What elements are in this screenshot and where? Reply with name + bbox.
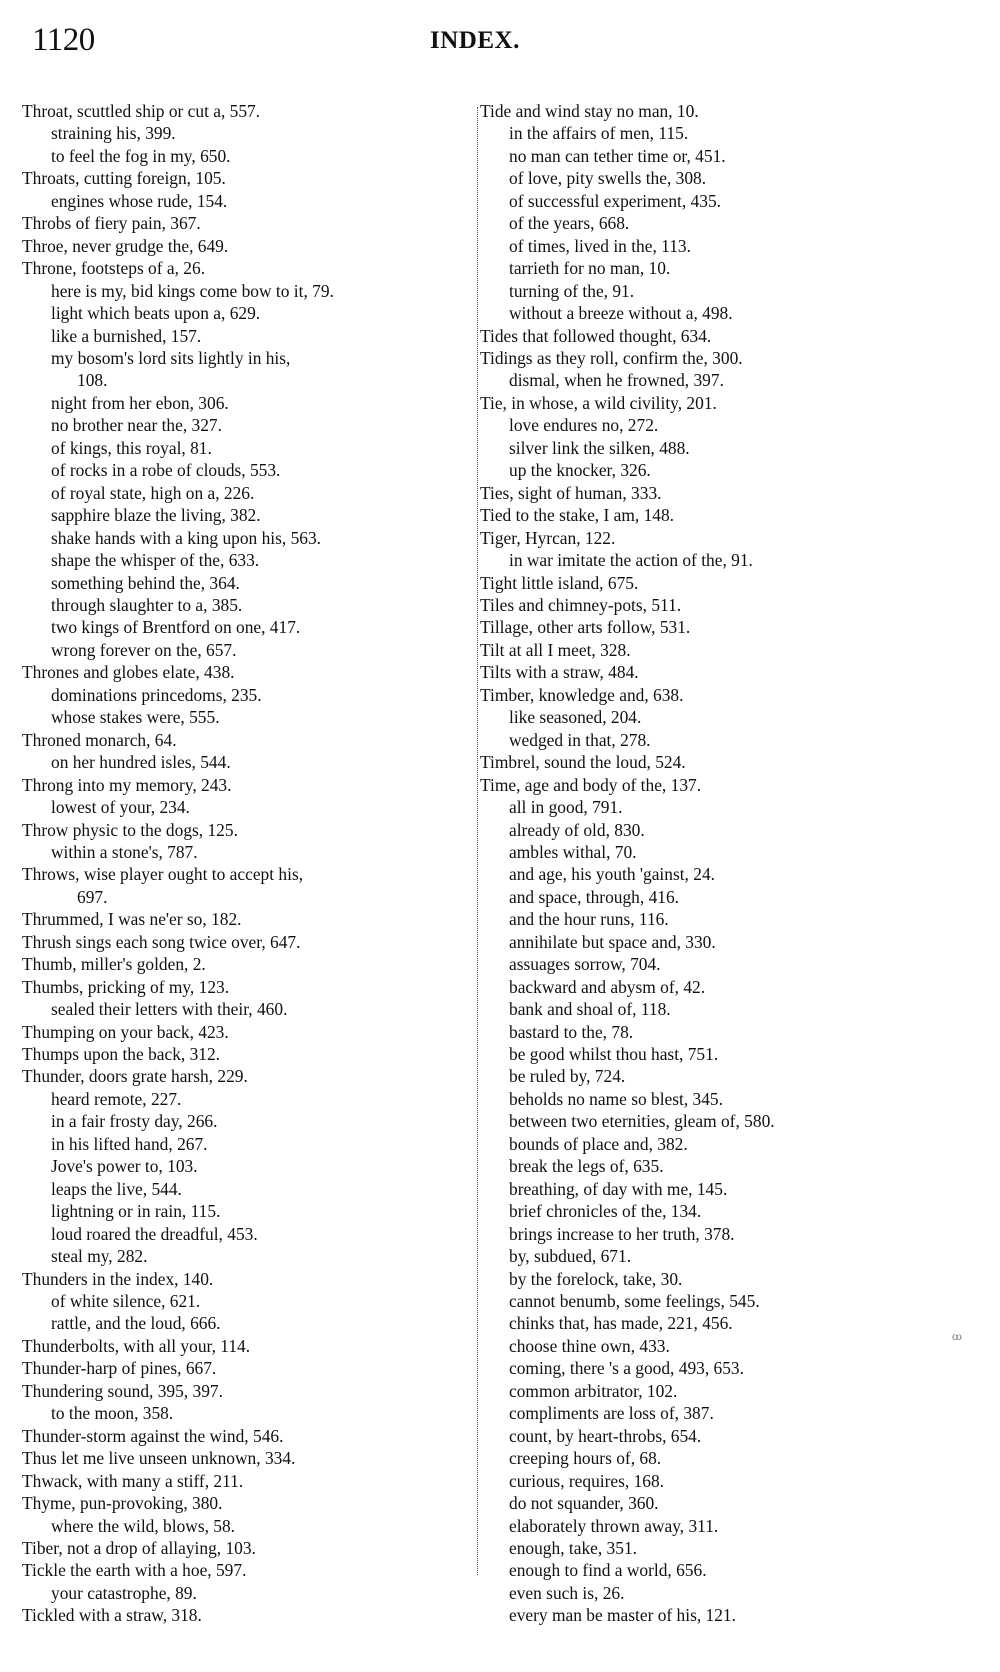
index-subentry: all in good, 791. (480, 796, 960, 818)
index-subentry: beholds no name so blest, 345. (480, 1088, 960, 1110)
index-entry: Throe, never grudge the, 649. (22, 235, 472, 257)
index-entry: Tiles and chimney-pots, 511. (480, 594, 960, 616)
index-subentry: enough, take, 351. (480, 1537, 960, 1559)
index-subentry: break the legs of, 635. (480, 1155, 960, 1177)
index-subentry: coming, there 's a good, 493, 653. (480, 1357, 960, 1379)
index-subentry: of times, lived in the, 113. (480, 235, 960, 257)
index-subentry: be good whilst thou hast, 751. (480, 1043, 960, 1065)
index-entry: Thrones and globes elate, 438. (22, 661, 472, 683)
index-entry: Thunders in the index, 140. (22, 1268, 472, 1290)
index-subentry: of successful experiment, 435. (480, 190, 960, 212)
index-entry: Thumbs, pricking of my, 123. (22, 976, 472, 998)
index-entry: Thwack, with many a stiff, 211. (22, 1470, 472, 1492)
index-entry: Tickled with a straw, 318. (22, 1604, 472, 1626)
index-entry: Thundering sound, 395, 397. (22, 1380, 472, 1402)
index-subentry: by, subdued, 671. (480, 1245, 960, 1267)
index-entry: Throat, scuttled ship or cut a, 557. (22, 100, 472, 122)
index-subentry: up the knocker, 326. (480, 459, 960, 481)
index-entry: Throats, cutting foreign, 105. (22, 167, 472, 189)
index-subentry: between two eternities, gleam of, 580. (480, 1110, 960, 1132)
index-subentry: no brother near the, 327. (22, 414, 472, 436)
index-subentry: compliments are loss of, 387. (480, 1402, 960, 1424)
index-subentry: in his lifted hand, 267. (22, 1133, 472, 1155)
index-entry: Tight little island, 675. (480, 572, 960, 594)
index-subentry: creeping hours of, 68. (480, 1447, 960, 1469)
index-subentry: sealed their letters with their, 460. (22, 998, 472, 1020)
index-subentry: already of old, 830. (480, 819, 960, 841)
index-subentry: sapphire blaze the living, 382. (22, 504, 472, 526)
index-subentry: ambles withal, 70. (480, 841, 960, 863)
index-entry: Thumb, miller's golden, 2. (22, 953, 472, 975)
index-subentry: silver link the silken, 488. (480, 437, 960, 459)
index-subentry: in war imitate the action of the, 91. (480, 549, 960, 571)
index-subentry: even such is, 26. (480, 1582, 960, 1604)
index-subentry: heard remote, 227. (22, 1088, 472, 1110)
index-subentry: rattle, and the loud, 666. (22, 1312, 472, 1334)
index-subentry: count, by heart-throbs, 654. (480, 1425, 960, 1447)
index-subentry: leaps the live, 544. (22, 1178, 472, 1200)
index-subentry: by the forelock, take, 30. (480, 1268, 960, 1290)
index-subentry: light which beats upon a, 629. (22, 302, 472, 324)
index-entry: Tilts with a straw, 484. (480, 661, 960, 683)
index-subentry: wedged in that, 278. (480, 729, 960, 751)
index-entry: Tidings as they roll, confirm the, 300. (480, 347, 960, 369)
index-subentry: of the years, 668. (480, 212, 960, 234)
index-subentry: curious, requires, 168. (480, 1470, 960, 1492)
column-divider (477, 107, 478, 1575)
index-entry: Tilt at all I meet, 328. (480, 639, 960, 661)
index-column-left: Throat, scuttled ship or cut a, 557.stra… (22, 100, 472, 1627)
index-subentry: cannot benumb, some feelings, 545. (480, 1290, 960, 1312)
index-subentry: two kings of Brentford on one, 417. (22, 616, 472, 638)
index-entry: Thumping on your back, 423. (22, 1021, 472, 1043)
index-subentry: of love, pity swells the, 308. (480, 167, 960, 189)
index-subentry: brings increase to her truth, 378. (480, 1223, 960, 1245)
index-entry: Thunderbolts, with all your, 114. (22, 1335, 472, 1357)
index-subentry: without a breeze without a, 498. (480, 302, 960, 324)
index-subentry: lightning or in rain, 115. (22, 1200, 472, 1222)
index-subentry: dominations princedoms, 235. (22, 684, 472, 706)
index-subentry: chinks that, has made, 221, 456. (480, 1312, 960, 1334)
index-subentry: shape the whisper of the, 633. (22, 549, 472, 571)
index-subentry: tarrieth for no man, 10. (480, 257, 960, 279)
index-entry: Tie, in whose, a wild civility, 201. (480, 392, 960, 414)
index-subentry: bank and shoal of, 118. (480, 998, 960, 1020)
index-continuation: 108. (22, 369, 472, 391)
index-subentry: lowest of your, 234. (22, 796, 472, 818)
index-entry: Tide and wind stay no man, 10. (480, 100, 960, 122)
index-entry: Throng into my memory, 243. (22, 774, 472, 796)
index-subentry: within a stone's, 787. (22, 841, 472, 863)
index-subentry: no man can tether time or, 451. (480, 145, 960, 167)
index-entry: Tickle the earth with a hoe, 597. (22, 1559, 472, 1581)
index-entry: Throbs of fiery pain, 367. (22, 212, 472, 234)
index-subentry: loud roared the dreadful, 453. (22, 1223, 472, 1245)
index-entry: Timbrel, sound the loud, 524. (480, 751, 960, 773)
index-subentry: shake hands with a king upon his, 563. (22, 527, 472, 549)
index-subentry: and age, his youth 'gainst, 24. (480, 863, 960, 885)
index-subentry: where the wild, blows, 58. (22, 1515, 472, 1537)
index-subentry: assuages sorrow, 704. (480, 953, 960, 975)
index-entry: Thumps upon the back, 312. (22, 1043, 472, 1065)
index-entry: Throws, wise player ought to accept his, (22, 863, 472, 885)
index-subentry: in a fair frosty day, 266. (22, 1110, 472, 1132)
index-subentry: enough to find a world, 656. (480, 1559, 960, 1581)
index-entry: Throw physic to the dogs, 125. (22, 819, 472, 841)
index-subentry: elaborately thrown away, 311. (480, 1515, 960, 1537)
index-subentry: and the hour runs, 116. (480, 908, 960, 930)
index-subentry: do not squander, 360. (480, 1492, 960, 1514)
index-subentry: through slaughter to a, 385. (22, 594, 472, 616)
index-entry: Thus let me live unseen unknown, 334. (22, 1447, 472, 1469)
index-subentry: of rocks in a robe of clouds, 553. (22, 459, 472, 481)
index-subentry: on her hundred isles, 544. (22, 751, 472, 773)
index-subentry: straining his, 399. (22, 122, 472, 144)
index-subentry: my bosom's lord sits lightly in his, (22, 347, 472, 369)
index-entry: Tillage, other arts follow, 531. (480, 616, 960, 638)
index-subentry: to feel the fog in my, 650. (22, 145, 472, 167)
index-subentry: dismal, when he frowned, 397. (480, 369, 960, 391)
index-entry: Thunder-storm against the wind, 546. (22, 1425, 472, 1447)
index-subentry: bastard to the, 78. (480, 1021, 960, 1043)
index-subentry: common arbitrator, 102. (480, 1380, 960, 1402)
index-subentry: brief chronicles of the, 134. (480, 1200, 960, 1222)
index-subentry: here is my, bid kings come bow to it, 79… (22, 280, 472, 302)
index-subentry: bounds of place and, 382. (480, 1133, 960, 1155)
page-title: INDEX. (430, 27, 520, 55)
index-subentry: and space, through, 416. (480, 886, 960, 908)
index-subentry: in the affairs of men, 115. (480, 122, 960, 144)
index-subentry: like a burnished, 157. (22, 325, 472, 347)
index-entry: Thyme, pun-provoking, 380. (22, 1492, 472, 1514)
index-subentry: to the moon, 358. (22, 1402, 472, 1424)
index-entry: Tied to the stake, I am, 148. (480, 504, 960, 526)
index-entry: Throned monarch, 64. (22, 729, 472, 751)
index-subentry: something behind the, 364. (22, 572, 472, 594)
index-subentry: choose thine own, 433. (480, 1335, 960, 1357)
index-entry: Ties, sight of human, 333. (480, 482, 960, 504)
index-column-right: Tide and wind stay no man, 10.in the aff… (480, 100, 960, 1627)
index-entry: Thrush sings each song twice over, 647. (22, 931, 472, 953)
index-entry: Tiger, Hyrcan, 122. (480, 527, 960, 549)
index-entry: Thrummed, I was ne'er so, 182. (22, 908, 472, 930)
index-subentry: like seasoned, 204. (480, 706, 960, 728)
index-subentry: whose stakes were, 555. (22, 706, 472, 728)
index-subentry: turning of the, 91. (480, 280, 960, 302)
index-entry: Tides that followed thought, 634. (480, 325, 960, 347)
index-subentry: steal my, 282. (22, 1245, 472, 1267)
index-subentry: every man be master of his, 121. (480, 1604, 960, 1626)
index-subentry: wrong forever on the, 657. (22, 639, 472, 661)
index-subentry: of white silence, 621. (22, 1290, 472, 1312)
index-subentry: breathing, of day with me, 145. (480, 1178, 960, 1200)
index-subentry: annihilate but space and, 330. (480, 931, 960, 953)
index-entry: Timber, knowledge and, 638. (480, 684, 960, 706)
index-continuation: 697. (22, 886, 472, 908)
index-subentry: engines whose rude, 154. (22, 190, 472, 212)
index-subentry: Jove's power to, 103. (22, 1155, 472, 1177)
index-subentry: of royal state, high on a, 226. (22, 482, 472, 504)
index-subentry: night from her ebon, 306. (22, 392, 472, 414)
page-number: 1120 (32, 22, 95, 59)
index-subentry: your catastrophe, 89. (22, 1582, 472, 1604)
index-subentry: backward and abysm of, 42. (480, 976, 960, 998)
index-entry: Time, age and body of the, 137. (480, 774, 960, 796)
index-entry: Tiber, not a drop of allaying, 103. (22, 1537, 472, 1559)
index-entry: Thunder, doors grate harsh, 229. (22, 1065, 472, 1087)
index-subentry: love endures no, 272. (480, 414, 960, 436)
index-subentry: of kings, this royal, 81. (22, 437, 472, 459)
index-subentry: be ruled by, 724. (480, 1065, 960, 1087)
index-entry: Thunder-harp of pines, 667. (22, 1357, 472, 1379)
index-entry: Throne, footsteps of a, 26. (22, 257, 472, 279)
margin-mark: ꝏ (952, 1332, 962, 1343)
